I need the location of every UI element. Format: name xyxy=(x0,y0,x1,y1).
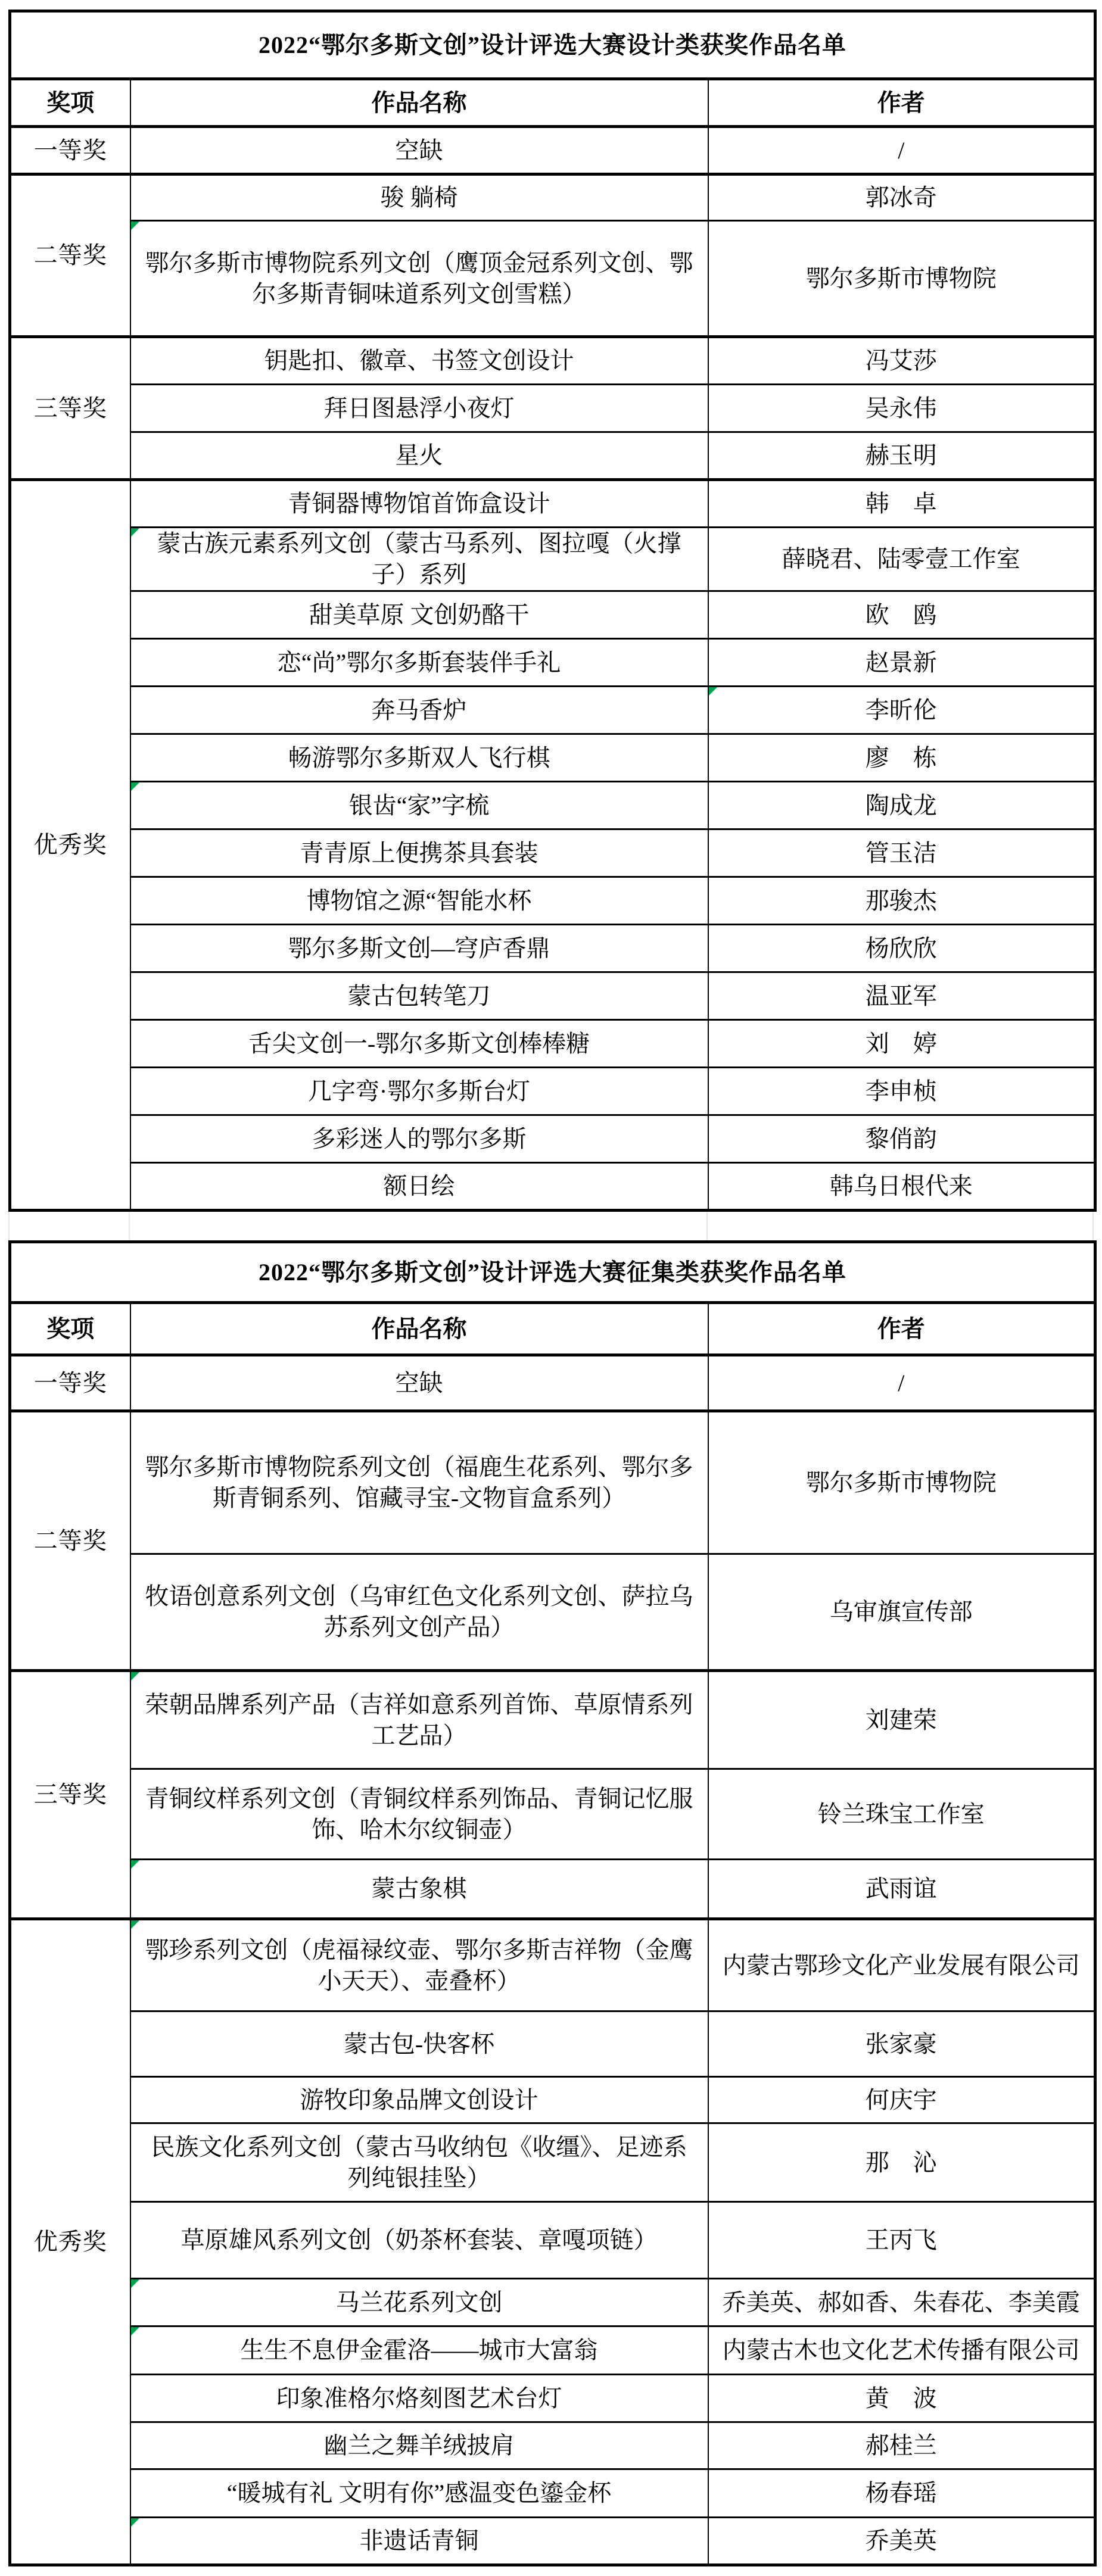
work-name: 生生不息伊金霍洛——城市大富翁 xyxy=(241,2337,598,2363)
work-name: 青铜纹样系列文创（青铜纹样系列饰品、青铜记忆服饰、哈木尔纹铜壶） xyxy=(145,1785,693,1843)
table-row: 蒙古包转笔刀温亚军 xyxy=(10,972,1095,1020)
work-cell: 奔马香炉 xyxy=(130,687,708,734)
work-cell: 蒙古包-快客杯 xyxy=(130,2011,708,2077)
author-cell: 鄂尔多斯市博物院 xyxy=(708,221,1095,337)
award-cell: 二等奖 xyxy=(10,174,130,337)
work-cell: 钥匙扣、徽章、书签文创设计 xyxy=(130,337,708,385)
work-name: 畅游鄂尔多斯双人飞行棋 xyxy=(288,744,550,771)
author-name: 郝桂兰 xyxy=(866,2432,937,2459)
work-cell: 草原雄风系列文创（奶茶杯套装、章嘎项链） xyxy=(130,2202,708,2279)
table-row: “暖城有礼 文明有你”感温变色鎏金杯杨春瑶 xyxy=(10,2469,1095,2518)
work-name: 蒙古包转笔刀 xyxy=(348,983,491,1009)
work-name: 空缺 xyxy=(396,1370,443,1396)
author-cell: 李申桢 xyxy=(708,1068,1095,1115)
author-name: 赵景新 xyxy=(866,649,937,676)
author-cell: 赫玉明 xyxy=(708,432,1095,480)
spreadsheet-gridline xyxy=(1092,1212,1094,1240)
work-cell: 幽兰之舞羊绒披肩 xyxy=(130,2422,708,2469)
table-row: 草原雄风系列文创（奶茶杯套装、章嘎项链）王丙飞 xyxy=(10,2202,1095,2279)
author-name: 韩 卓 xyxy=(866,490,937,517)
author-cell: 张家豪 xyxy=(708,2011,1095,2077)
author-name: 郭冰奇 xyxy=(866,184,937,211)
work-cell: 鄂尔多斯文创—穹庐香鼎 xyxy=(130,925,708,972)
work-name: 蒙古象棋 xyxy=(372,1875,467,1902)
author-name: 薛晓君、陆零壹工作室 xyxy=(782,545,1020,572)
author-name: / xyxy=(898,137,904,164)
table-row: 幽兰之舞羊绒披肩郝桂兰 xyxy=(10,2422,1095,2469)
author-name: 廖 栋 xyxy=(866,744,937,771)
author-name: 管玉洁 xyxy=(866,840,937,866)
author-cell: 管玉洁 xyxy=(708,829,1095,877)
award-cell: 优秀奖 xyxy=(10,480,130,1211)
work-cell: 空缺 xyxy=(130,1355,708,1411)
author-name: 温亚军 xyxy=(866,983,937,1009)
author-cell: 乌审旗宣传部 xyxy=(708,1554,1095,1671)
work-name: 幽兰之舞羊绒披肩 xyxy=(324,2432,515,2459)
work-cell: 额日绘 xyxy=(130,1163,708,1211)
author-name: 铃兰珠宝工作室 xyxy=(818,1801,985,1827)
table-row: 蒙古象棋武雨谊 xyxy=(10,1860,1095,1919)
work-cell: 生生不息伊金霍洛——城市大富翁 xyxy=(130,2326,708,2375)
author-cell: 吴永伟 xyxy=(708,385,1095,432)
work-name: 恋“尚”鄂尔多斯套装伴手礼 xyxy=(278,649,561,676)
work-cell: 青铜器博物馆首饰盒设计 xyxy=(130,480,708,528)
table-row: 民族文化系列文创（蒙古马收纳包《收缰》、足迹系列纯银挂坠）那 沁 xyxy=(10,2123,1095,2202)
work-name: 蒙古族元素系列文创（蒙古马系列、图拉嘎（火撑子）系列 xyxy=(157,530,681,588)
author-cell: 杨欣欣 xyxy=(708,925,1095,972)
author-cell: 温亚军 xyxy=(708,972,1095,1020)
document-page: 2022“鄂尔多斯文创”设计评选大赛设计类获奖作品名单奖项作品名称作者一等奖空缺… xyxy=(0,0,1102,2576)
award-cell: 一等奖 xyxy=(10,127,130,174)
table-title: 2022“鄂尔多斯文创”设计评选大赛设计类获奖作品名单 xyxy=(10,11,1095,79)
work-name: 博物馆之源“智能水杯 xyxy=(307,887,532,914)
cell-error-marker-icon xyxy=(131,1920,139,1929)
work-cell: 几字弯·鄂尔多斯台灯 xyxy=(130,1068,708,1115)
table-row: 甜美草原 文创奶酪干欧 鸥 xyxy=(10,591,1095,639)
author-cell: 刘建荣 xyxy=(708,1671,1095,1769)
table-row: 鄂尔多斯文创—穹庐香鼎杨欣欣 xyxy=(10,925,1095,972)
author-cell: 乔美英、郝如香、朱春花、李美霞 xyxy=(708,2279,1095,2326)
work-name: 舌尖文创一-鄂尔多斯文创棒棒糖 xyxy=(248,1030,590,1057)
table-row: 额日绘韩乌日根代来 xyxy=(10,1163,1095,1211)
work-name: 鄂珍系列文创（虎福禄纹壶、鄂尔多斯吉祥物（金鹰小天天）、壶叠杯） xyxy=(145,1936,693,1994)
author-cell: 黎俏韵 xyxy=(708,1115,1095,1163)
author-name: 内蒙古鄂珍文化产业发展有限公司 xyxy=(723,1952,1080,1979)
work-cell: 骏 躺椅 xyxy=(130,174,708,221)
work-cell: 蒙古包转笔刀 xyxy=(130,972,708,1020)
author-name: 乔美英、郝如香、朱春花、李美霞 xyxy=(723,2289,1080,2316)
table-row: 三等奖钥匙扣、徽章、书签文创设计冯艾莎 xyxy=(10,337,1095,385)
table-row: 生生不息伊金霍洛——城市大富翁内蒙古木也文化艺术传播有限公司 xyxy=(10,2326,1095,2375)
table-row: 二等奖骏 躺椅郭冰奇 xyxy=(10,174,1095,221)
cell-error-marker-icon xyxy=(131,782,139,791)
spreadsheet-gridline xyxy=(706,1212,708,1240)
author-name: 鄂尔多斯市博物院 xyxy=(806,1469,997,1496)
author-name: 杨春瑶 xyxy=(866,2480,937,2506)
author-name: 杨欣欣 xyxy=(866,935,937,962)
column-header-author: 作者 xyxy=(708,1303,1095,1355)
table-row: 舌尖文创一-鄂尔多斯文创棒棒糖刘 婷 xyxy=(10,1020,1095,1068)
cell-error-marker-icon xyxy=(131,2518,139,2527)
author-name: 张家豪 xyxy=(866,2031,937,2057)
work-cell: 青青原上便携茶具套装 xyxy=(130,829,708,877)
table-row: 鄂尔多斯市博物院系列文创（鹰顶金冠系列文创、鄂尔多斯青铜味道系列文创雪糕）鄂尔多… xyxy=(10,221,1095,337)
author-cell: 王丙飞 xyxy=(708,2202,1095,2279)
table-row: 游牧印象品牌文创设计何庆宇 xyxy=(10,2077,1095,2123)
table-row: 多彩迷人的鄂尔多斯黎俏韵 xyxy=(10,1115,1095,1163)
table-row: 星火赫玉明 xyxy=(10,432,1095,480)
table-row: 青铜纹样系列文创（青铜纹样系列饰品、青铜记忆服饰、哈木尔纹铜壶）铃兰珠宝工作室 xyxy=(10,1769,1095,1860)
work-cell: 博物馆之源“智能水杯 xyxy=(130,877,708,925)
author-cell: 那骏杰 xyxy=(708,877,1095,925)
author-cell: 薛晓君、陆零壹工作室 xyxy=(708,528,1095,591)
work-name: 多彩迷人的鄂尔多斯 xyxy=(312,1125,527,1152)
award-cell: 三等奖 xyxy=(10,1671,130,1919)
author-name: 李申桢 xyxy=(866,1078,937,1105)
author-name: 李昕伦 xyxy=(866,697,937,723)
author-name: 刘建荣 xyxy=(866,1707,937,1733)
table-row: 优秀奖青铜器博物馆首饰盒设计韩 卓 xyxy=(10,480,1095,528)
work-cell: 青铜纹样系列文创（青铜纹样系列饰品、青铜记忆服饰、哈木尔纹铜壶） xyxy=(130,1769,708,1860)
work-name: 鄂尔多斯文创—穹庐香鼎 xyxy=(288,935,550,962)
table-row: 银齿“家”字梳陶成龙 xyxy=(10,782,1095,829)
author-cell: / xyxy=(708,1355,1095,1411)
column-header-award: 奖项 xyxy=(10,79,130,127)
author-name: 乔美英 xyxy=(866,2527,937,2554)
author-cell: 郝桂兰 xyxy=(708,2422,1095,2469)
author-name: 内蒙古木也文化艺术传播有限公司 xyxy=(723,2337,1080,2363)
author-cell: 陶成龙 xyxy=(708,782,1095,829)
author-name: 黄 波 xyxy=(866,2385,937,2412)
work-cell: 马兰花系列文创 xyxy=(130,2279,708,2326)
table-row: 非遗话青铜乔美英 xyxy=(10,2518,1095,2565)
work-cell: 荣朝品牌系列产品（吉祥如意系列首饰、草原情系列工艺品） xyxy=(130,1671,708,1769)
work-cell: 鄂珍系列文创（虎福禄纹壶、鄂尔多斯吉祥物（金鹰小天天）、壶叠杯） xyxy=(130,1919,708,2011)
table-row: 马兰花系列文创乔美英、郝如香、朱春花、李美霞 xyxy=(10,2279,1095,2326)
work-cell: 舌尖文创一-鄂尔多斯文创棒棒糖 xyxy=(130,1020,708,1068)
author-name: 韩乌日根代来 xyxy=(830,1172,973,1199)
table-row: 拜日图悬浮小夜灯吴永伟 xyxy=(10,385,1095,432)
work-cell: 蒙古象棋 xyxy=(130,1860,708,1919)
author-cell: 乔美英 xyxy=(708,2518,1095,2565)
work-name: 鄂尔多斯市博物院系列文创（福鹿生花系列、鄂尔多斯青铜系列、馆藏寻宝-文物盲盒系列… xyxy=(145,1454,693,1511)
work-name: 额日绘 xyxy=(384,1172,455,1199)
table-row: 畅游鄂尔多斯双人飞行棋廖 栋 xyxy=(10,734,1095,782)
work-cell: 多彩迷人的鄂尔多斯 xyxy=(130,1115,708,1163)
author-cell: 郭冰奇 xyxy=(708,174,1095,221)
award-cell: 二等奖 xyxy=(10,1411,130,1671)
author-cell: 铃兰珠宝工作室 xyxy=(708,1769,1095,1860)
table-row: 几字弯·鄂尔多斯台灯李申桢 xyxy=(10,1068,1095,1115)
cell-error-marker-icon xyxy=(131,222,139,230)
author-name: 陶成龙 xyxy=(866,792,937,819)
author-name: 武雨谊 xyxy=(866,1875,937,1902)
work-cell: 非遗话青铜 xyxy=(130,2518,708,2565)
work-cell: 游牧印象品牌文创设计 xyxy=(130,2077,708,2123)
work-cell: 畅游鄂尔多斯双人飞行棋 xyxy=(130,734,708,782)
author-name: / xyxy=(898,1370,904,1396)
work-name: 银齿“家”字梳 xyxy=(349,792,490,819)
cell-error-marker-icon xyxy=(131,2279,139,2288)
work-name: 骏 躺椅 xyxy=(381,184,458,211)
work-name: 牧语创意系列文创（乌审红色文化系列文创、萨拉乌苏系列文创产品） xyxy=(145,1583,693,1641)
work-name: 钥匙扣、徽章、书签文创设计 xyxy=(264,347,574,374)
work-cell: 鄂尔多斯市博物院系列文创（福鹿生花系列、鄂尔多斯青铜系列、馆藏寻宝-文物盲盒系列… xyxy=(130,1411,708,1554)
author-cell: 韩乌日根代来 xyxy=(708,1163,1095,1211)
table-row: 恋“尚”鄂尔多斯套装伴手礼赵景新 xyxy=(10,639,1095,687)
author-cell: 李昕伦 xyxy=(708,687,1095,734)
author-name: 黎俏韵 xyxy=(866,1125,937,1152)
work-name: 非遗话青铜 xyxy=(360,2527,479,2554)
author-cell: 赵景新 xyxy=(708,639,1095,687)
work-name: 游牧印象品牌文创设计 xyxy=(300,2087,538,2113)
author-name: 鄂尔多斯市博物院 xyxy=(806,265,997,292)
work-name: 印象准格尔烙刻图艺术台灯 xyxy=(276,2385,562,2412)
work-name: 蒙古包-快客杯 xyxy=(344,2031,494,2057)
column-header-author: 作者 xyxy=(708,79,1095,127)
table-row: 三等奖荣朝品牌系列产品（吉祥如意系列首饰、草原情系列工艺品）刘建荣 xyxy=(10,1671,1095,1769)
work-name: 草原雄风系列文创（奶茶杯套装、章嘎项链） xyxy=(181,2226,658,2253)
work-cell: 民族文化系列文创（蒙古马收纳包《收缰》、足迹系列纯银挂坠） xyxy=(130,2123,708,2202)
cell-error-marker-icon xyxy=(131,1672,139,1680)
work-name: 甜美草原 文创奶酪干 xyxy=(309,601,530,628)
cell-error-marker-icon xyxy=(709,687,717,696)
author-name: 何庆宇 xyxy=(866,2087,937,2113)
author-cell: 内蒙古鄂珍文化产业发展有限公司 xyxy=(708,1919,1095,2011)
author-cell: 鄂尔多斯市博物院 xyxy=(708,1411,1095,1554)
work-name: 几字弯·鄂尔多斯台灯 xyxy=(308,1078,530,1105)
table-row: 印象准格尔烙刻图艺术台灯黄 波 xyxy=(10,2375,1095,2422)
author-name: 赫玉明 xyxy=(866,442,937,469)
author-cell: 内蒙古木也文化艺术传播有限公司 xyxy=(708,2326,1095,2375)
table-row: 蒙古包-快客杯张家豪 xyxy=(10,2011,1095,2077)
cell-error-marker-icon xyxy=(131,2327,139,2335)
table-row: 蒙古族元素系列文创（蒙古马系列、图拉嘎（火撑子）系列薛晓君、陆零壹工作室 xyxy=(10,528,1095,591)
author-cell: 廖 栋 xyxy=(708,734,1095,782)
award-cell: 一等奖 xyxy=(10,1355,130,1411)
work-cell: 牧语创意系列文创（乌审红色文化系列文创、萨拉乌苏系列文创产品） xyxy=(130,1554,708,1671)
author-cell: 那 沁 xyxy=(708,2123,1095,2202)
table-title: 2022“鄂尔多斯文创”设计评选大赛征集类获奖作品名单 xyxy=(10,1242,1095,1303)
work-name: 空缺 xyxy=(396,137,443,164)
author-cell: 刘 婷 xyxy=(708,1020,1095,1068)
author-cell: 武雨谊 xyxy=(708,1860,1095,1919)
work-cell: 拜日图悬浮小夜灯 xyxy=(130,385,708,432)
awards-table-2: 2022“鄂尔多斯文创”设计评选大赛征集类获奖作品名单奖项作品名称作者一等奖空缺… xyxy=(8,1240,1097,2566)
author-name: 王丙飞 xyxy=(866,2226,937,2253)
work-name: 马兰花系列文创 xyxy=(336,2289,503,2316)
work-cell: 星火 xyxy=(130,432,708,480)
work-name: “暖城有礼 文明有你”感温变色鎏金杯 xyxy=(227,2480,612,2506)
work-cell: 鄂尔多斯市博物院系列文创（鹰顶金冠系列文创、鄂尔多斯青铜味道系列文创雪糕） xyxy=(130,221,708,337)
author-cell: 黄 波 xyxy=(708,2375,1095,2422)
work-name: 青铜器博物馆首饰盒设计 xyxy=(288,490,550,517)
work-name: 奔马香炉 xyxy=(372,697,467,723)
table-row: 优秀奖鄂珍系列文创（虎福禄纹壶、鄂尔多斯吉祥物（金鹰小天天）、壶叠杯）内蒙古鄂珍… xyxy=(10,1919,1095,2011)
author-cell: 何庆宇 xyxy=(708,2077,1095,2123)
table-row: 一等奖空缺/ xyxy=(10,1355,1095,1411)
author-cell: 韩 卓 xyxy=(708,480,1095,528)
work-name: 民族文化系列文创（蒙古马收纳包《收缰》、足迹系列纯银挂坠） xyxy=(151,2134,687,2191)
author-cell: 欧 鸥 xyxy=(708,591,1095,639)
author-cell: / xyxy=(708,127,1095,174)
author-cell: 冯艾莎 xyxy=(708,337,1095,385)
author-cell: 杨春瑶 xyxy=(708,2469,1095,2518)
author-name: 吴永伟 xyxy=(866,395,937,422)
work-cell: 空缺 xyxy=(130,127,708,174)
spreadsheet-gridline xyxy=(129,1212,130,1240)
spreadsheet-gridline xyxy=(8,1212,10,1240)
award-cell: 三等奖 xyxy=(10,337,130,480)
work-name: 荣朝品牌系列产品（吉祥如意系列首饰、草原情系列工艺品） xyxy=(145,1691,693,1749)
table-row: 二等奖鄂尔多斯市博物院系列文创（福鹿生花系列、鄂尔多斯青铜系列、馆藏寻宝-文物盲… xyxy=(10,1411,1095,1554)
work-cell: 蒙古族元素系列文创（蒙古马系列、图拉嘎（火撑子）系列 xyxy=(130,528,708,591)
work-cell: “暖城有礼 文明有你”感温变色鎏金杯 xyxy=(130,2469,708,2518)
column-header-work: 作品名称 xyxy=(130,1303,708,1355)
author-name: 那 沁 xyxy=(866,2149,937,2176)
column-header-award: 奖项 xyxy=(10,1303,130,1355)
column-header-work: 作品名称 xyxy=(130,79,708,127)
work-cell: 甜美草原 文创奶酪干 xyxy=(130,591,708,639)
cell-error-marker-icon xyxy=(131,528,139,537)
award-cell: 优秀奖 xyxy=(10,1919,130,2565)
author-name: 那骏杰 xyxy=(866,887,937,914)
work-cell: 银齿“家”字梳 xyxy=(130,782,708,829)
author-name: 冯艾莎 xyxy=(866,347,937,374)
work-cell: 恋“尚”鄂尔多斯套装伴手礼 xyxy=(130,639,708,687)
table-gap xyxy=(8,1212,1094,1240)
cell-error-marker-icon xyxy=(131,1860,139,1869)
table-row: 青青原上便携茶具套装管玉洁 xyxy=(10,829,1095,877)
work-name: 拜日图悬浮小夜灯 xyxy=(324,395,515,422)
author-name: 刘 婷 xyxy=(866,1030,937,1057)
work-cell: 印象准格尔烙刻图艺术台灯 xyxy=(130,2375,708,2422)
author-name: 乌审旗宣传部 xyxy=(830,1598,973,1625)
author-name: 欧 鸥 xyxy=(866,601,937,628)
work-name: 星火 xyxy=(396,442,443,469)
table-row: 博物馆之源“智能水杯那骏杰 xyxy=(10,877,1095,925)
work-name: 鄂尔多斯市博物院系列文创（鹰顶金冠系列文创、鄂尔多斯青铜味道系列文创雪糕） xyxy=(145,250,693,307)
table-row: 奔马香炉李昕伦 xyxy=(10,687,1095,734)
awards-table-1: 2022“鄂尔多斯文创”设计评选大赛设计类获奖作品名单奖项作品名称作者一等奖空缺… xyxy=(8,10,1097,1212)
work-name: 青青原上便携茶具套装 xyxy=(300,840,538,866)
table-row: 牧语创意系列文创（乌审红色文化系列文创、萨拉乌苏系列文创产品）乌审旗宣传部 xyxy=(10,1554,1095,1671)
table-row: 一等奖空缺/ xyxy=(10,127,1095,174)
